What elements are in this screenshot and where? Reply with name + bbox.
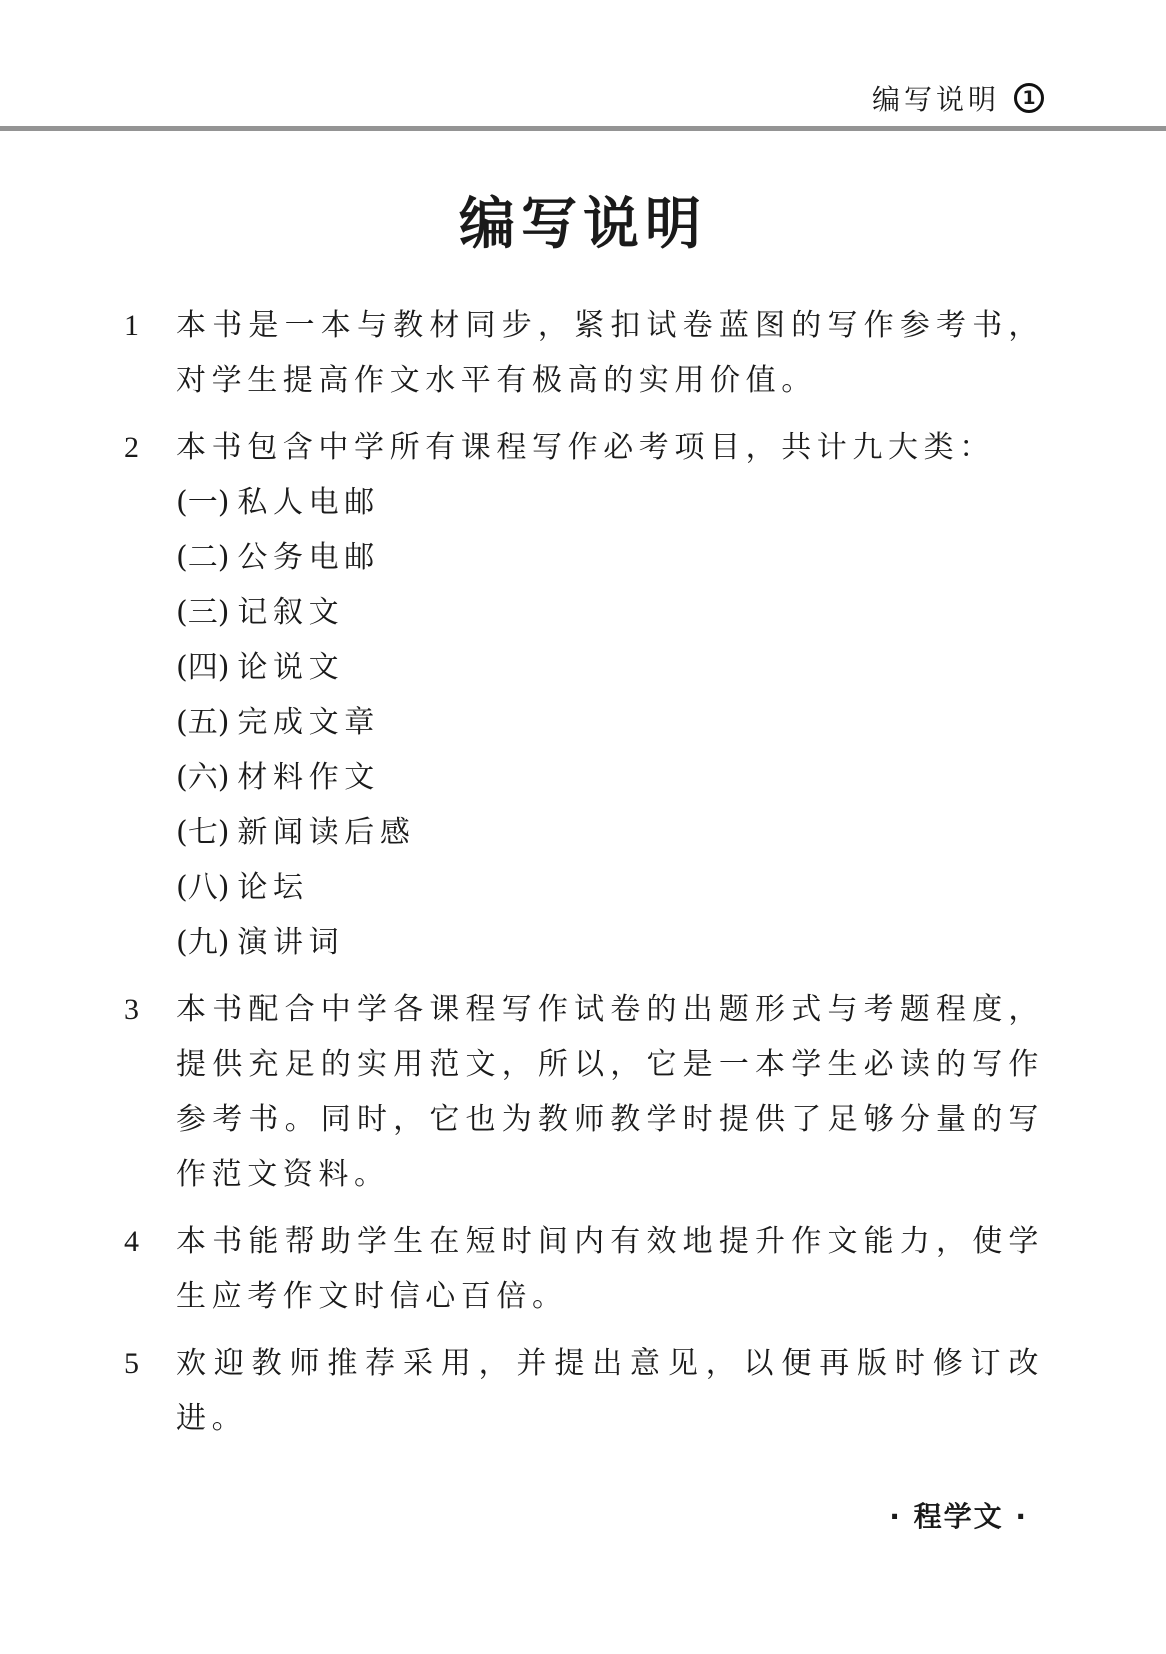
item-number: 2 <box>124 420 176 970</box>
item-number: 4 <box>124 1214 176 1324</box>
category-item: (九)演讲词 <box>176 915 1044 970</box>
category-item: (七)新闻读后感 <box>176 805 1044 860</box>
category-item: (八)论坛 <box>176 860 1044 915</box>
list-item: 1 本书是一本与教材同步，紧扣试卷蓝图的写作参考书，对学生提高作文水平有极高的实… <box>124 298 1044 408</box>
list-item: 2 本书包含中学所有课程写作必考项目，共计九大类： (一)私人电邮 (二)公务电… <box>124 420 1044 970</box>
page-title: 编写说明 <box>0 180 1166 260</box>
category-item: (四)论说文 <box>176 640 1044 695</box>
category-item: (一)私人电邮 <box>176 475 1044 530</box>
running-head-title: 编写说明 <box>872 78 1000 118</box>
item-text: 本书包含中学所有课程写作必考项目，共计九大类： <box>176 420 1044 475</box>
list-item: 4 本书能帮助学生在短时间内有效地提升作文能力，使学生应考作文时信心百倍。 <box>124 1214 1044 1324</box>
category-item: (三)记叙文 <box>176 585 1044 640</box>
page-number-badge: 1 <box>1014 83 1044 113</box>
category-item: (二)公务电邮 <box>176 530 1044 585</box>
item-text: 本书配合中学各课程写作试卷的出题形式与考题程度，提供充足的实用范文，所以，它是一… <box>176 982 1044 1202</box>
notes-list: 1 本书是一本与教材同步，紧扣试卷蓝图的写作参考书，对学生提高作文水平有极高的实… <box>124 298 1044 1458</box>
item-text: 本书是一本与教材同步，紧扣试卷蓝图的写作参考书，对学生提高作文水平有极高的实用价… <box>176 298 1044 408</box>
author-signature: · 程学文 · <box>889 1495 1028 1535</box>
item-text: 欢迎教师推荐采用，并提出意见，以便再版时修订改进。 <box>176 1336 1044 1446</box>
category-item: (六)材料作文 <box>176 750 1044 805</box>
list-item: 5 欢迎教师推荐采用，并提出意见，以便再版时修订改进。 <box>124 1336 1044 1446</box>
header-rule <box>0 126 1166 131</box>
running-head: 编写说明 1 <box>872 78 1044 118</box>
category-item: (五)完成文章 <box>176 695 1044 750</box>
list-item: 3 本书配合中学各课程写作试卷的出题形式与考题程度，提供充足的实用范文，所以，它… <box>124 982 1044 1202</box>
item-text: 本书能帮助学生在短时间内有效地提升作文能力，使学生应考作文时信心百倍。 <box>176 1214 1044 1324</box>
item-number: 5 <box>124 1336 176 1446</box>
item-number: 1 <box>124 298 176 408</box>
item-number: 3 <box>124 982 176 1202</box>
